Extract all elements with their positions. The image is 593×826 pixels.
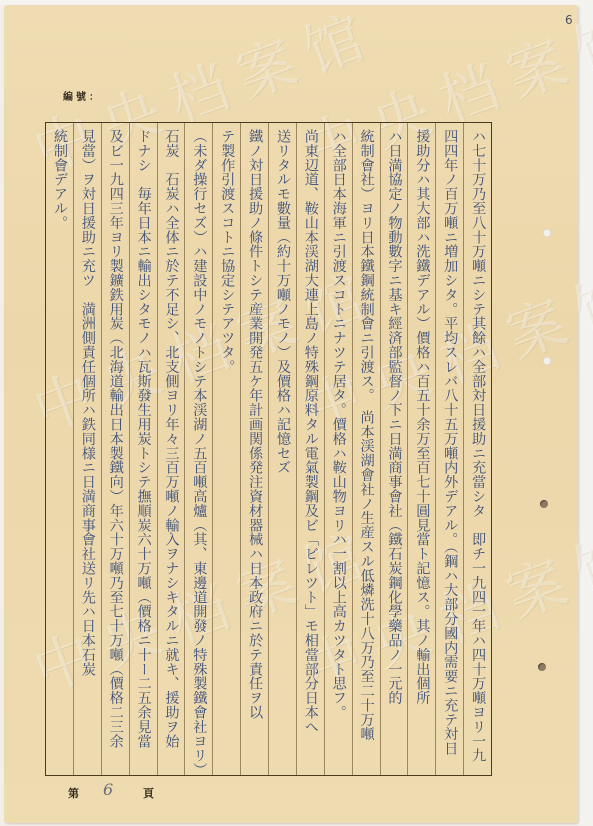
manuscript-column: 援助分ハ其大部ハ洗鐵デアル）價格ハ百五十余万至百七十圓見當ト記憶ス。其ノ輸出個所 <box>407 123 435 775</box>
column-text: ハ日満協定ノ物動數字ニ基キ經済部監督ノ下ニ日満商事會社（鐵石炭鋼化學藥品ノ一元的 <box>381 123 408 775</box>
column-text: 統制會デアル。 <box>46 123 73 775</box>
manuscript-column: ハ日満協定ノ物動數字ニ基キ經済部監督ノ下ニ日満商事會社（鐵石炭鋼化學藥品ノ一元的 <box>380 123 408 775</box>
punch-hole <box>538 663 546 671</box>
manuscript-column: 四四年ノ百万噸ニ増加シタ。平均スレバ八十五万噸内外デアル。（鋼ハ大部分國内需要ニ… <box>435 123 463 775</box>
scan-border-right <box>578 0 593 826</box>
punch-hole <box>543 357 551 365</box>
footer-page-prefix: 第 <box>68 785 79 801</box>
punch-hole <box>540 500 548 508</box>
column-text: （未ダ操行セズ）ハ建設中ノモノトシテ本渓湖ノ五百噸高爐（其、東邊道開發ノ特殊製鐵… <box>185 123 212 775</box>
column-text: 見當）ヲ対日援助ニ充ツ 満洲側責任個所ハ鉄同様ニ日満商事會社送リ先ハ日本石炭 <box>74 123 101 775</box>
manuscript-grid: ハ七十万乃至八十万噸ニシテ其餘ハ全部対日援助ニ充當シタ 即チ一九四一年ハ四十万噸… <box>45 122 492 776</box>
column-text: テ製作引渡スコトニ協定シテアツタ。 <box>213 123 240 775</box>
manuscript-column: 及ビ一九四三年ヨリ製鑛鉄用炭（北海道輸出日本製鐵向）年六十万噸乃至七十万噸（價格… <box>101 123 129 775</box>
column-text: 四四年ノ百万噸ニ増加シタ。平均スレバ八十五万噸内外デアル。（鋼ハ大部分國内需要ニ… <box>436 123 463 775</box>
punch-hole <box>543 229 551 237</box>
column-text: ハ七十万乃至八十万噸ニシテ其餘ハ全部対日援助ニ充當シタ 即チ一九四一年ハ四十万噸… <box>464 123 491 775</box>
manuscript-column: （未ダ操行セズ）ハ建設中ノモノトシテ本渓湖ノ五百噸高爐（其、東邊道開發ノ特殊製鐵… <box>184 123 212 775</box>
manuscript-column: 尚東辺道、鞍山本渓湖大連上島ノ特殊鋼原料タル電氣製鋼及ビ「ビレツト」モ相當部分日… <box>296 123 324 775</box>
column-text: 及ビ一九四三年ヨリ製鑛鉄用炭（北海道輸出日本製鐵向）年六十万噸乃至七十万噸（價格… <box>102 123 129 775</box>
manuscript-column: テ製作引渡スコトニ協定シテアツタ。 <box>212 123 240 775</box>
footer-page-suffix: 頁 <box>143 785 154 801</box>
manuscript-column: 石炭 石炭ハ全体ニ於テ不足シ、北支側ヨリ年々三百万噸ノ輸入ヲナシキタルニ就キ、援… <box>157 123 185 775</box>
column-text: 援助分ハ其大部ハ洗鐵デアル）價格ハ百五十余万至百七十圓見當ト記憶ス。其ノ輸出個所 <box>408 123 435 775</box>
footer-page-number: 6 <box>103 780 113 799</box>
column-text: 統制會社）ヨリ日本鐵鋼統制會ニ引渡ス。 尚本渓湖會社ノ生産スル低燐洗十八万乃至二… <box>353 123 380 775</box>
manuscript-column: 鐵ノ対日援助ノ條件トシテ産業開発五ケ年計画関係発注資材器械ハ日本政府ニ於テ責任ヲ… <box>240 123 268 775</box>
column-text: ドナシ 毎年日本ニ輸出シタモノハ瓦斯發生用炭トシテ撫順炭六十万噸（價格ニ十ー二五… <box>130 123 157 775</box>
column-text: 石炭 石炭ハ全体ニ於テ不足シ、北支側ヨリ年々三百万噸ノ輸入ヲナシキタルニ就キ、援… <box>158 123 185 775</box>
column-text: 尚東辺道、鞍山本渓湖大連上島ノ特殊鋼原料タル電氣製鋼及ビ「ビレツト」モ相當部分日… <box>297 123 324 775</box>
serial-number-label: 編號： <box>63 88 102 103</box>
manuscript-column: 送リタルモ數量（約十万噸ノモノ）及價格ハ記憶セズ <box>268 123 296 775</box>
manuscript-column: ハ全部日本海軍ニ引渡スコトニナツテ居タ。價格ハ鞍山物ヨリハ一割以上高カツタト思フ… <box>324 123 352 775</box>
manuscript-column: 統制會デアル。 <box>46 123 73 775</box>
column-text: ハ全部日本海軍ニ引渡スコトニナツテ居タ。價格ハ鞍山物ヨリハ一割以上高カツタト思フ… <box>325 123 352 775</box>
column-text: 送リタルモ數量（約十万噸ノモノ）及價格ハ記憶セズ <box>269 123 296 775</box>
column-text: 鐵ノ対日援助ノ條件トシテ産業開発五ケ年計画関係発注資材器械ハ日本政府ニ於テ責任ヲ… <box>241 123 268 775</box>
manuscript-column: ハ七十万乃至八十万噸ニシテ其餘ハ全部対日援助ニ充當シタ 即チ一九四一年ハ四十万噸… <box>463 123 491 775</box>
manuscript-column: 見當）ヲ対日援助ニ充ツ 満洲側責任個所ハ鉄同様ニ日満商事會社送リ先ハ日本石炭 <box>73 123 101 775</box>
corner-page-number: 6 <box>565 13 573 27</box>
manuscript-column: ドナシ 毎年日本ニ輸出シタモノハ瓦斯發生用炭トシテ撫順炭六十万噸（價格ニ十ー二五… <box>129 123 157 775</box>
manuscript-column: 統制會社）ヨリ日本鐵鋼統制會ニ引渡ス。 尚本渓湖會社ノ生産スル低燐洗十八万乃至二… <box>352 123 380 775</box>
